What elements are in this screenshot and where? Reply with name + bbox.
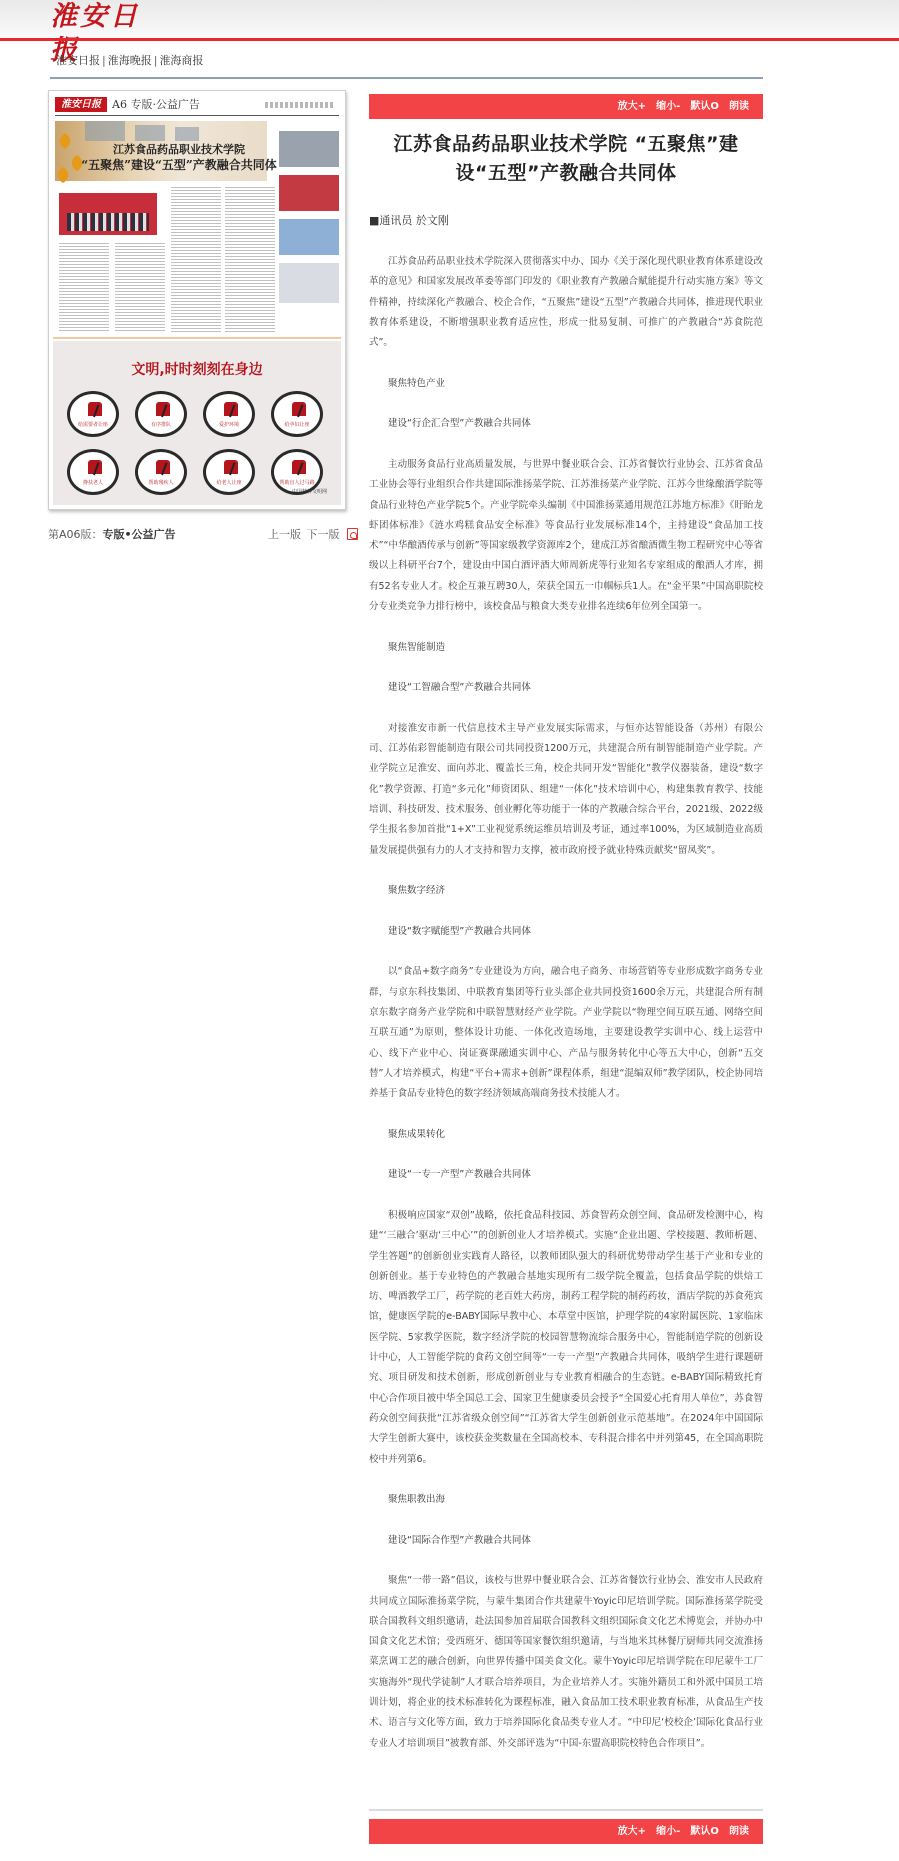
thumb-group-photo (59, 193, 157, 235)
zoom-out-button[interactable]: 缩小- (656, 101, 680, 112)
prev-page-link[interactable]: 上一版 (268, 528, 301, 541)
clock-icon: 爱护环境 (203, 391, 255, 437)
default-size-button[interactable]: 默认O (690, 101, 719, 112)
nav-link-huaian-daily[interactable]: 淮安日报 (56, 54, 100, 67)
page-navigation: 上一版 下一版 (268, 526, 358, 542)
thumb-masthead: 淮安日报 A6 专版·公益广告 (55, 96, 339, 116)
nav-divider (50, 77, 763, 79)
article-toolbar-bottom: 放大+ 缩小- 默认O 朗读 (369, 1819, 763, 1844)
article-paragraph: 聚焦“一带一路”倡议，该校与世界中餐业联合会、江苏省餐饮行业协会、淮安市人民政府… (369, 1571, 763, 1754)
section-heading: 聚焦职教出海 (369, 1490, 763, 1510)
thumb-text-column (115, 243, 165, 333)
zoom-in-button[interactable]: 放大+ (618, 1826, 646, 1837)
ad-credit: 中国精神文明网 (292, 488, 327, 495)
section-subheading: 建设“国际合作型”产教融合共同体 (369, 1531, 763, 1551)
section-subheading: 建设“数字赋能型”产教融合共同体 (369, 922, 763, 942)
thumb-text-column (59, 243, 109, 333)
nav-separator: | (102, 54, 106, 67)
site-logo[interactable]: 淮安日报 (50, 0, 164, 34)
clock-icon: 给需要者让座 (67, 391, 119, 437)
section-heading: 聚焦数字经济 (369, 881, 763, 901)
thumb-public-service-ad: 文明,时时刻刻在身边 给需要者让座 有序排队 爱护环境 给孕妇让座 搀扶老人 帮… (53, 341, 341, 505)
article-body: 江苏食品药品职业技术学院深入贯彻落实中办、国办《关于深化现代职业教育体系建设改革… (369, 252, 763, 1754)
thumb-side-photo (279, 131, 339, 167)
article-paragraph: 主动服务食品行业高质量发展，与世界中餐业联合会、江苏省餐饮行业协会、江苏省食品工… (369, 455, 763, 617)
clock-icon: 给孕妇让座 (271, 391, 323, 437)
nav-separator: | (154, 54, 158, 67)
article-bottom-divider (369, 1809, 763, 1811)
zoom-in-button[interactable]: 放大+ (618, 101, 646, 112)
thumb-text-column (171, 187, 221, 333)
section-subheading: 建设“行企汇合型”产教融合共同体 (369, 414, 763, 434)
zoom-out-button[interactable]: 缩小- (656, 1826, 680, 1837)
nav-link-huaihai-business[interactable]: 淮海商报 (159, 54, 203, 67)
page-section[interactable]: 专版•公益广告 (103, 528, 176, 541)
thumb-headline: 江苏食品药品职业技术学院 “五聚焦”建设“五型”产教融合共同体 (79, 143, 279, 173)
article: 江苏食品药品职业技术学院 “五聚焦”建设“五型”产教融合共同体 ■通讯员 於文刚… (369, 130, 763, 1774)
section-heading: 聚焦成果转化 (369, 1125, 763, 1145)
ad-title: 文明,时时刻刻在身边 (53, 359, 341, 379)
thumb-side-photo (279, 263, 339, 303)
thumb-logo: 淮安日报 (55, 97, 107, 112)
section-subheading: 建设“一专一产型”产教融合共同体 (369, 1165, 763, 1185)
thumb-text-column (225, 187, 275, 333)
article-paragraph: 以“食品+数字商务”专业建设为方向，融合电子商务、市场营销等专业形成数字商务专业… (369, 962, 763, 1104)
nav-link-huaihai-evening[interactable]: 淮海晚报 (108, 54, 152, 67)
thumb-section: A6 专版·公益广告 (112, 96, 200, 113)
clock-icon: 帮助残疾人 (135, 449, 187, 495)
clock-icon: 有序排队 (135, 391, 187, 437)
read-aloud-button[interactable]: 朗读 (729, 101, 749, 112)
paper-nav: 淮安日报|淮海晚报|淮海商报 (56, 52, 203, 68)
default-size-button[interactable]: 默认O (690, 1826, 719, 1837)
site-header: 淮安日报 (0, 0, 899, 38)
article-toolbar-top: 放大+ 缩小- 默认O 朗读 (369, 94, 763, 119)
thumb-side-photo (279, 175, 339, 211)
next-page-link[interactable]: 下一版 (307, 528, 340, 541)
header-divider (0, 38, 899, 41)
clock-icon: 搀扶老人 (67, 449, 119, 495)
page-label: 第A06版： (48, 528, 103, 541)
newspaper-page-thumbnail[interactable]: 淮安日报 A6 专版·公益广告 江苏食品药品职业技术学院 “五聚焦”建设“五型”… (48, 90, 346, 510)
clock-icon: 给老人让座 (203, 449, 255, 495)
article-headline: 江苏食品药品职业技术学院 “五聚焦”建设“五型”产教融合共同体 (369, 130, 763, 188)
article-byline: ■通讯员 於文刚 (369, 213, 763, 229)
section-heading: 聚焦智能制造 (369, 638, 763, 658)
page-info: 第A06版：专版•公益广告 (48, 526, 176, 542)
section-heading: 聚焦特色产业 (369, 374, 763, 394)
article-paragraph: 对接淮安市新一代信息技术主导产业发展实际需求，与恒亦达智能设备（苏州）有限公司、… (369, 719, 763, 861)
thumb-side-photo (279, 219, 339, 255)
pdf-icon[interactable] (347, 528, 358, 540)
section-subheading: 建设“工智融合型”产教融合共同体 (369, 678, 763, 698)
article-paragraph: 江苏食品药品职业技术学院深入贯彻落实中办、国办《关于深化现代职业教育体系建设改革… (369, 252, 763, 353)
article-paragraph: 积极响应国家“双创”战略，依托食品科技园、苏食智药众创空间、食品研发检测中心，构… (369, 1206, 763, 1470)
thumb-date-meta (265, 102, 335, 108)
read-aloud-button[interactable]: 朗读 (729, 1826, 749, 1837)
